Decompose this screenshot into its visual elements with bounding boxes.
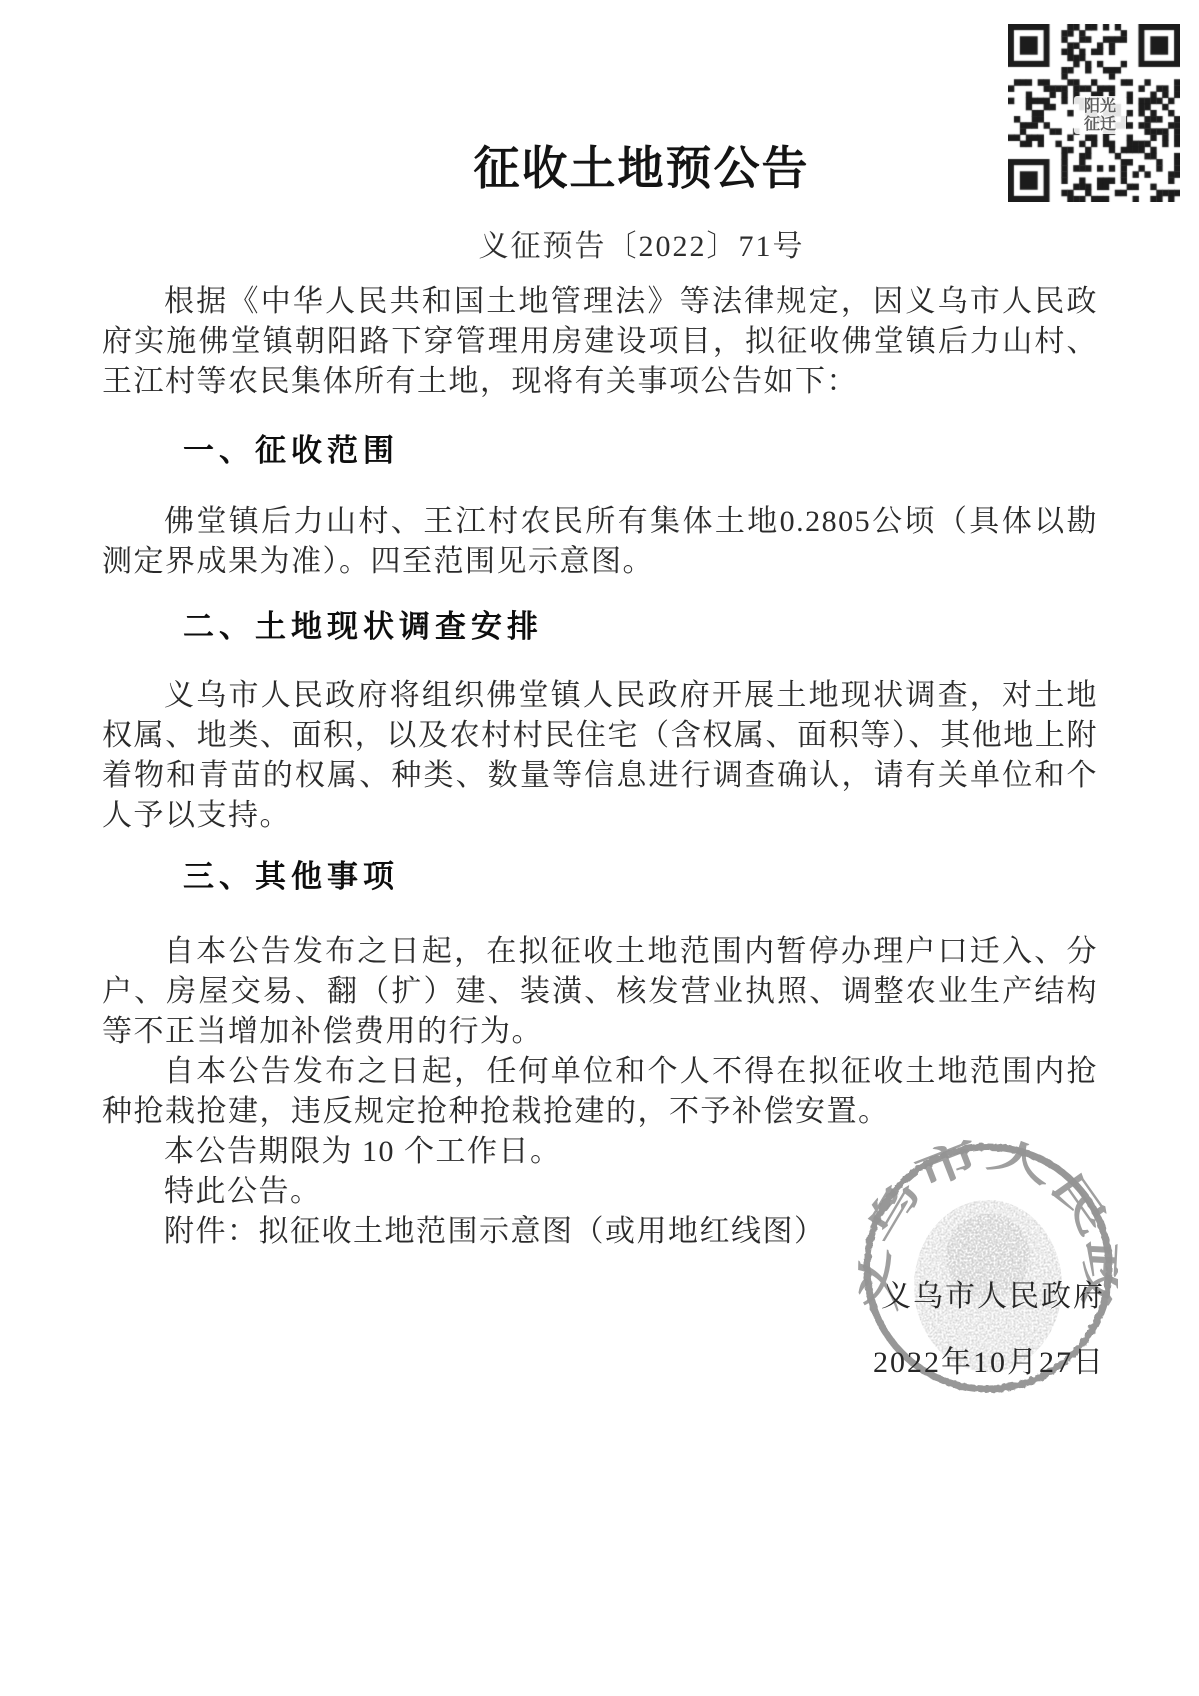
intro-paragraph: 根据《中华人民共和国土地管理法》等法律规定，因义乌市人民政府实施佛堂镇朝阳路下穿… (102, 282, 1098, 402)
doc-number: 义征预告〔2022〕71号 (42, 221, 1199, 265)
qr-label: 阳光 征迁 (1074, 96, 1126, 134)
qr-label-line2: 征迁 (1084, 115, 1116, 133)
section-1-heading: 一、征收范围 (102, 431, 1098, 471)
issuer-signature: 义乌市人民政府 (881, 1271, 1105, 1315)
section-2-heading: 二、土地现状调查安排 (102, 607, 1098, 647)
doc-title: 征收土地预公告 (42, 132, 1199, 198)
section-3-paragraph-2: 自本公告发布之日起，任何单位和个人不得在拟征收土地范围内抢种抢栽抢建，违反规定抢… (102, 1052, 1098, 1132)
section-3-heading: 三、其他事项 (102, 857, 1098, 897)
section-1-body: 佛堂镇后力山村、王江村农民所有集体土地0.2805公顷（具体以勘测定界成果为准）… (102, 502, 1098, 582)
document-page: 阳光 征迁 征收土地预公告 义征预告〔2022〕71号 根据《中华人民共和国土地… (0, 0, 1199, 1696)
issue-date: 2022年10月27日 (873, 1337, 1105, 1381)
section-3-paragraph-1: 自本公告发布之日起，在拟征收土地范围内暂停办理户口迁入、分户、房屋交易、翻（扩）… (102, 932, 1098, 1052)
section-2-body: 义乌市人民政府将组织佛堂镇人民政府开展土地现状调查，对土地权属、地类、面积，以及… (102, 676, 1098, 836)
qr-label-line1: 阳光 (1084, 97, 1116, 115)
